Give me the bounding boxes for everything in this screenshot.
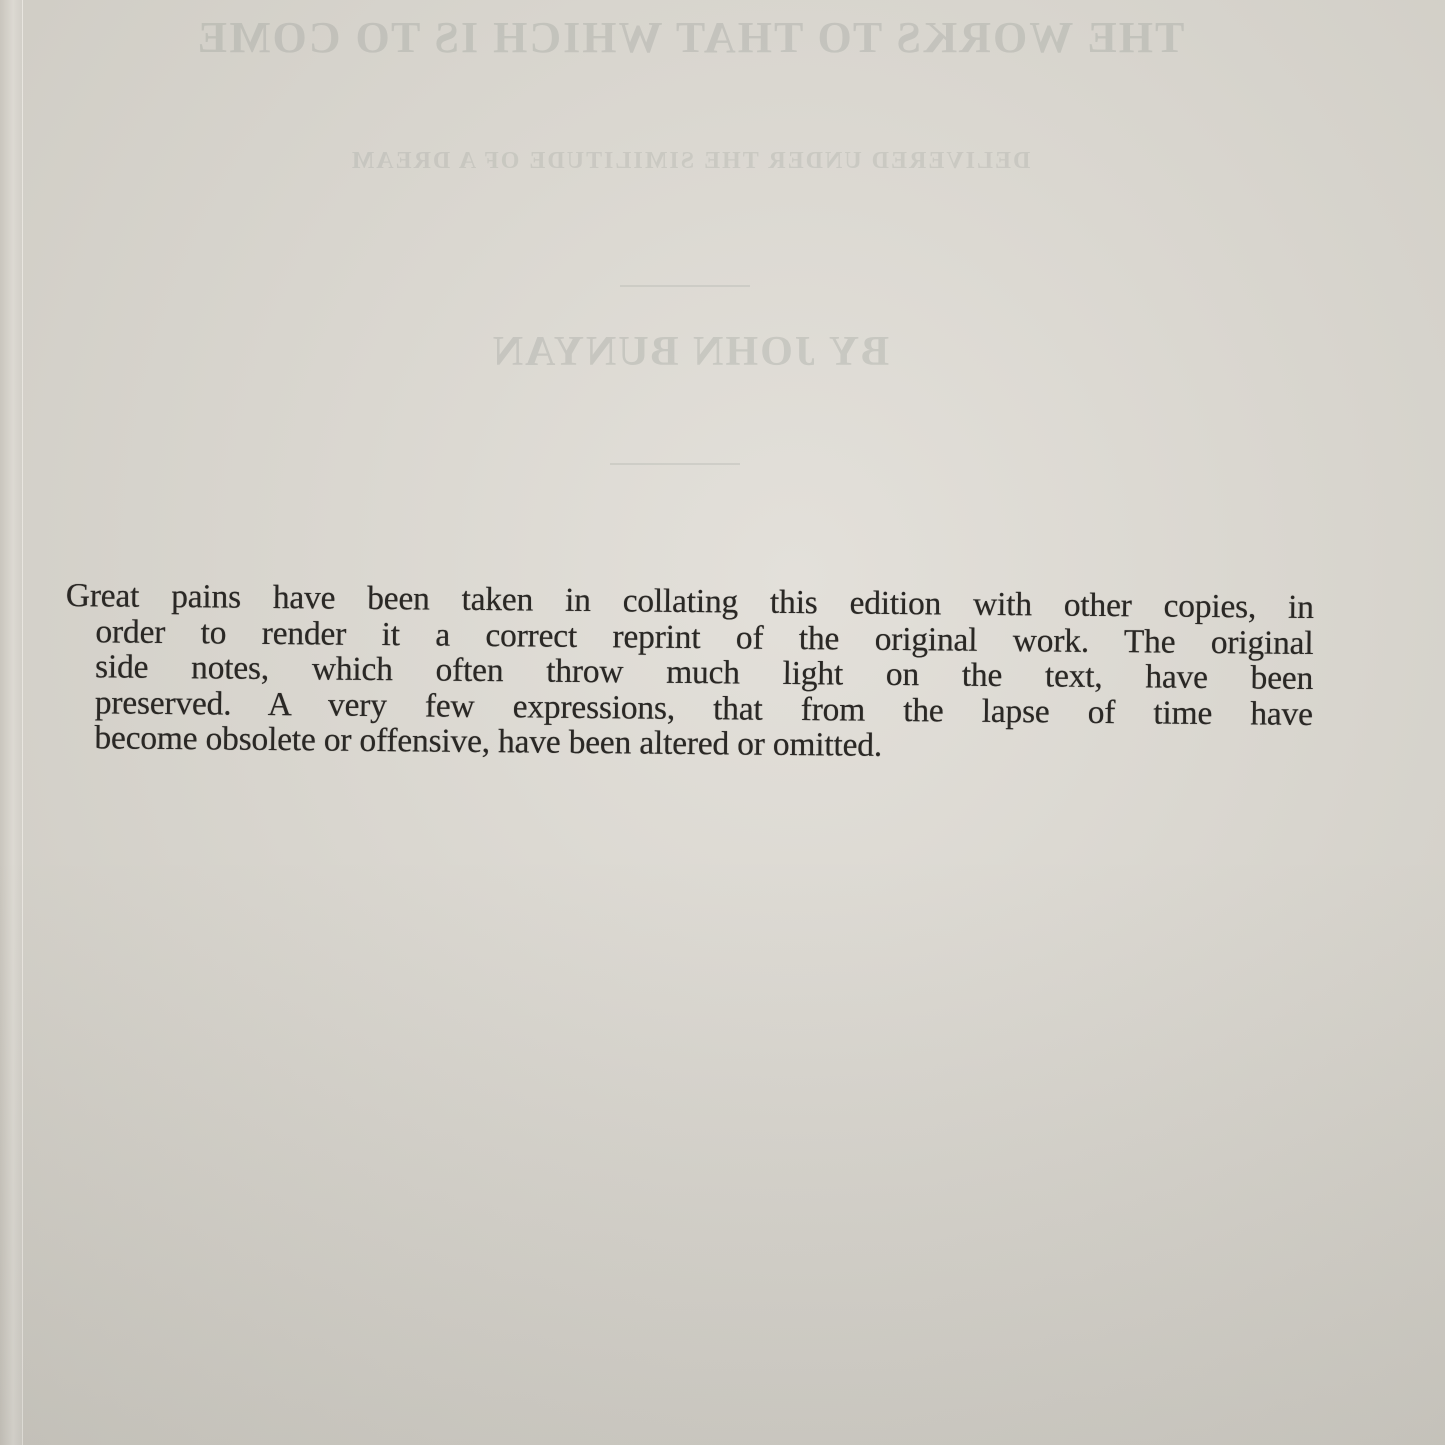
- book-page: THE WORKS TO THAT WHICH IS TO COME DELIV…: [0, 0, 1445, 1445]
- show-through-title: THE WORKS TO THAT WHICH IS TO COME: [40, 12, 1340, 63]
- editorial-notice: Great pains have been taken in collating…: [64, 578, 1314, 767]
- show-through-author: BY JOHN BUNYAN: [400, 328, 980, 376]
- show-through-subtitle: DELIVERED UNDER THE SIMILITUDE OF A DREA…: [200, 148, 1180, 175]
- page-shadow: [0, 845, 1445, 1445]
- show-through-rule: [620, 285, 750, 287]
- show-through-rule: [610, 463, 740, 465]
